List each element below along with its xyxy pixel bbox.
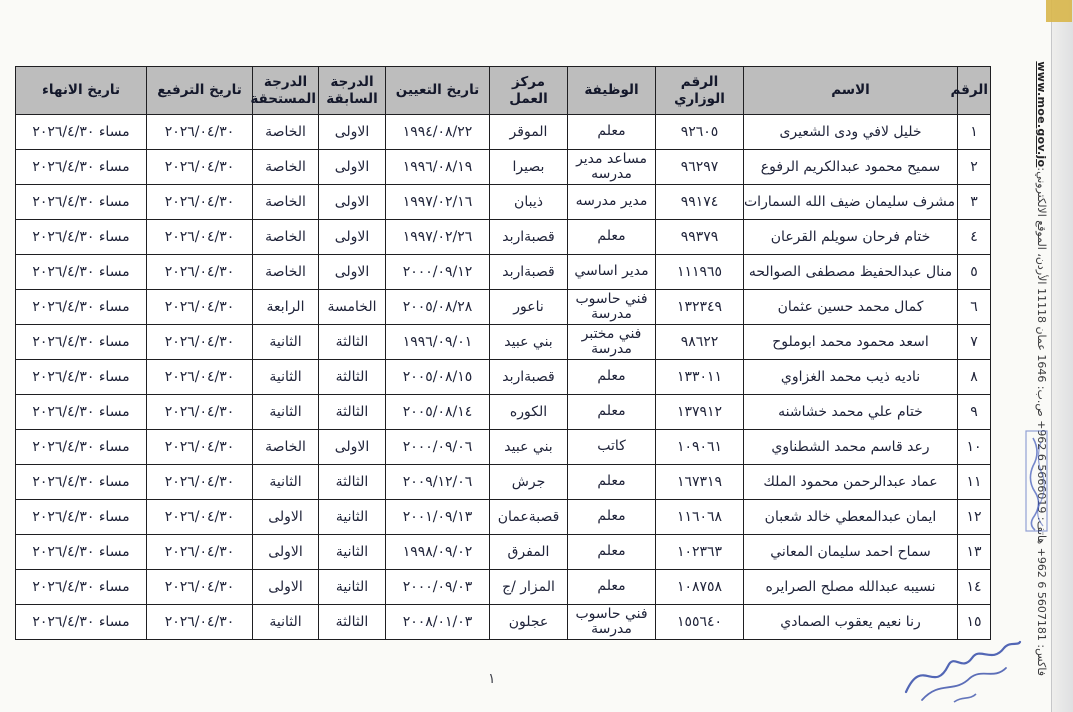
- cell-ministry-number: ١٣٢٣٤٩: [656, 290, 744, 325]
- cell-hire-date: ٢٠٠٥/٠٨/١٤: [386, 395, 490, 430]
- signature-scribble: [896, 636, 1026, 710]
- cell-end-date: مساء ٢٠٢٦/٤/٣٠: [16, 465, 147, 500]
- cell-promotion-date: ٢٠٢٦/٠٤/٣٠: [147, 290, 253, 325]
- cell-hire-date: ١٩٩٦/٠٩/٠١: [386, 325, 490, 360]
- cell-end-date: مساء ٢٠٢٦/٤/٣٠: [16, 395, 147, 430]
- table-row: ١٢ ايمان عبدالمعطي خالد شعبان ١١٦٠٦٨ معل…: [16, 500, 991, 535]
- cell-job: معلم: [568, 360, 656, 395]
- cell-job: مدير اساسي: [568, 255, 656, 290]
- column-header-work-center: مركز العمل: [490, 67, 568, 115]
- cell-promotion-date: ٢٠٢٦/٠٤/٣٠: [147, 465, 253, 500]
- cell-work-center: الكوره: [490, 395, 568, 430]
- cell-hire-date: ١٩٩٧/٠٢/١٦: [386, 185, 490, 220]
- cell-promotion-date: ٢٠٢٦/٠٤/٣٠: [147, 570, 253, 605]
- table-row: ١١ عماد عبدالرحمن محمود الملك ١٦٧٣١٩ معل…: [16, 465, 991, 500]
- cell-ministry-number: ١٠٨٧٥٨: [656, 570, 744, 605]
- table-row: ١٣ سماح احمد سليمان المعاني ١٠٢٣٦٣ معلم …: [16, 535, 991, 570]
- cell-work-center: المفرق: [490, 535, 568, 570]
- cell-promotion-date: ٢٠٢٦/٠٤/٣٠: [147, 150, 253, 185]
- cell-end-date: مساء ٢٠٢٦/٤/٣٠: [16, 150, 147, 185]
- cell-number: ١١: [958, 465, 991, 500]
- cell-number: ٨: [958, 360, 991, 395]
- column-header-previous-grade: الدرجة السابقة: [319, 67, 386, 115]
- cell-hire-date: ٢٠٠٠/٠٩/١٢: [386, 255, 490, 290]
- cell-hire-date: ١٩٩٤/٠٨/٢٢: [386, 115, 490, 150]
- header-row: الرقم الاسم الرقم الوزاري الوظيفة مركز ا…: [16, 67, 991, 115]
- cell-ministry-number: ١٠٩٠٦١: [656, 430, 744, 465]
- website-url: www.moe.gov.jo: [1035, 61, 1048, 167]
- table-row: ١٤ نسيبه عبدالله مصلح الصرايره ١٠٨٧٥٨ مع…: [16, 570, 991, 605]
- cell-work-center: قصبةعمان: [490, 500, 568, 535]
- cell-due-grade: الخاصة: [253, 255, 319, 290]
- cell-ministry-number: ٩٩٣٧٩: [656, 220, 744, 255]
- cell-job: فني حاسوب مدرسة: [568, 290, 656, 325]
- cell-work-center: ناعور: [490, 290, 568, 325]
- cell-promotion-date: ٢٠٢٦/٠٤/٣٠: [147, 325, 253, 360]
- cell-due-grade: الخاصة: [253, 220, 319, 255]
- cell-previous-grade: الاولى: [319, 150, 386, 185]
- cell-end-date: مساء ٢٠٢٦/٤/٣٠: [16, 115, 147, 150]
- letterhead-contact: فاكس: ‎+962 6 5607181‎ هاتف: ‎+962 6 566…: [1034, 90, 1049, 676]
- cell-promotion-date: ٢٠٢٦/٠٤/٣٠: [147, 395, 253, 430]
- cell-name: سماح احمد سليمان المعاني: [744, 535, 958, 570]
- cell-job: مدير مدرسه: [568, 185, 656, 220]
- table-row: ٢ سميح محمود عبدالكريم الرفوع ٩٦٢٩٧ مساع…: [16, 150, 991, 185]
- column-header-end-date: تاريخ الانهاء: [16, 67, 147, 115]
- cell-promotion-date: ٢٠٢٦/٠٤/٣٠: [147, 185, 253, 220]
- cell-number: ١٣: [958, 535, 991, 570]
- column-header-job: الوظيفة: [568, 67, 656, 115]
- corner-mark: [1046, 0, 1072, 22]
- cell-due-grade: الاولى: [253, 570, 319, 605]
- column-header-name: الاسم: [744, 67, 958, 115]
- cell-work-center: عجلون: [490, 605, 568, 640]
- cell-name: كمال محمد حسين عثمان: [744, 290, 958, 325]
- table-body: ١ خليل لافي ودى الشعيرى ٩٢٦٠٥ معلم الموق…: [16, 115, 991, 640]
- cell-name: ختام علي محمد خشاشنه: [744, 395, 958, 430]
- cell-promotion-date: ٢٠٢٦/٠٤/٣٠: [147, 255, 253, 290]
- cell-hire-date: ٢٠٠٩/١٢/٠٦: [386, 465, 490, 500]
- cell-work-center: بني عبيد: [490, 430, 568, 465]
- cell-job: فني مختبر مدرسة: [568, 325, 656, 360]
- cell-end-date: مساء ٢٠٢٦/٤/٣٠: [16, 185, 147, 220]
- cell-ministry-number: ١٣٣٠١١: [656, 360, 744, 395]
- cell-number: ١: [958, 115, 991, 150]
- cell-due-grade: الثانية: [253, 360, 319, 395]
- cell-number: ١٢: [958, 500, 991, 535]
- cell-number: ١٤: [958, 570, 991, 605]
- cell-number: ٢: [958, 150, 991, 185]
- cell-job: معلم: [568, 570, 656, 605]
- cell-hire-date: ٢٠٠٠/٠٩/٠٣: [386, 570, 490, 605]
- cell-promotion-date: ٢٠٢٦/٠٤/٣٠: [147, 430, 253, 465]
- cell-work-center: بني عبيد: [490, 325, 568, 360]
- column-header-promotion-date: تاريخ الترفيع: [147, 67, 253, 115]
- cell-due-grade: الثانية: [253, 325, 319, 360]
- cell-job: فني حاسوب مدرسة: [568, 605, 656, 640]
- cell-previous-grade: الاولى: [319, 115, 386, 150]
- cell-due-grade: الثانية: [253, 465, 319, 500]
- cell-due-grade: الرابعة: [253, 290, 319, 325]
- cell-work-center: الموقر: [490, 115, 568, 150]
- page-number: ١: [488, 671, 496, 687]
- cell-name: ناديه ذيب محمد الغزاوي: [744, 360, 958, 395]
- cell-name: سميح محمود عبدالكريم الرفوع: [744, 150, 958, 185]
- cell-ministry-number: ١١٦٠٦٨: [656, 500, 744, 535]
- cell-ministry-number: ٩٦٢٩٧: [656, 150, 744, 185]
- cell-previous-grade: الثانية: [319, 570, 386, 605]
- cell-end-date: مساء ٢٠٢٦/٤/٣٠: [16, 360, 147, 395]
- cell-job: معلم: [568, 465, 656, 500]
- cell-due-grade: الثانية: [253, 605, 319, 640]
- cell-end-date: مساء ٢٠٢٦/٤/٣٠: [16, 255, 147, 290]
- cell-due-grade: الخاصة: [253, 150, 319, 185]
- cell-ministry-number: ١٥٥٦٤٠: [656, 605, 744, 640]
- table-row: ٦ كمال محمد حسين عثمان ١٣٢٣٤٩ فني حاسوب …: [16, 290, 991, 325]
- cell-end-date: مساء ٢٠٢٦/٤/٣٠: [16, 325, 147, 360]
- cell-end-date: مساء ٢٠٢٦/٤/٣٠: [16, 500, 147, 535]
- cell-due-grade: الخاصة: [253, 430, 319, 465]
- cell-previous-grade: الاولى: [319, 255, 386, 290]
- cell-number: ٩: [958, 395, 991, 430]
- table-row: ٧ اسعد محمود محمد ابوملوح ٩٨٦٢٢ فني مختب…: [16, 325, 991, 360]
- cell-previous-grade: الثانية: [319, 500, 386, 535]
- cell-promotion-date: ٢٠٢٦/٠٤/٣٠: [147, 500, 253, 535]
- cell-previous-grade: الاولى: [319, 430, 386, 465]
- table-row: ٨ ناديه ذيب محمد الغزاوي ١٣٣٠١١ معلم قصب…: [16, 360, 991, 395]
- cell-end-date: مساء ٢٠٢٦/٤/٣٠: [16, 605, 147, 640]
- table-row: ٣ مشرف سليمان ضيف الله السمارات ٩٩١٧٤ مد…: [16, 185, 991, 220]
- cell-hire-date: ٢٠٠١/٠٩/١٣: [386, 500, 490, 535]
- cell-name: عماد عبدالرحمن محمود الملك: [744, 465, 958, 500]
- cell-job: كاتب: [568, 430, 656, 465]
- cell-previous-grade: الثالثة: [319, 395, 386, 430]
- table-row: ٥ منال عبدالحفيظ مصطفى الصوالحه ١١١٩٦٥ م…: [16, 255, 991, 290]
- cell-number: ٤: [958, 220, 991, 255]
- cell-ministry-number: ١٣٧٩١٢: [656, 395, 744, 430]
- column-header-hire-date: تاريخ التعيين: [386, 67, 490, 115]
- cell-work-center: بصيرا: [490, 150, 568, 185]
- cell-job: معلم: [568, 220, 656, 255]
- cell-job: معلم: [568, 500, 656, 535]
- cell-promotion-date: ٢٠٢٦/٠٤/٣٠: [147, 115, 253, 150]
- cell-name: ختام فرحان سويلم القرعان: [744, 220, 958, 255]
- cell-end-date: مساء ٢٠٢٦/٤/٣٠: [16, 220, 147, 255]
- table-row: ٩ ختام علي محمد خشاشنه ١٣٧٩١٢ معلم الكور…: [16, 395, 991, 430]
- cell-hire-date: ٢٠٠٥/٠٨/٢٨: [386, 290, 490, 325]
- cell-hire-date: ١٩٩٦/٠٨/١٩: [386, 150, 490, 185]
- cell-job: معلم: [568, 115, 656, 150]
- contact-text: فاكس: ‎+962 6 5607181‎ هاتف: ‎+962 6 566…: [1035, 167, 1048, 676]
- cell-hire-date: ٢٠٠٥/٠٨/١٥: [386, 360, 490, 395]
- cell-name: رعد قاسم محمد الشطناوي: [744, 430, 958, 465]
- cell-job: معلم: [568, 535, 656, 570]
- cell-hire-date: ١٩٩٧/٠٢/٢٦: [386, 220, 490, 255]
- cell-work-center: قصبةاربد: [490, 255, 568, 290]
- cell-due-grade: الاولى: [253, 535, 319, 570]
- cell-work-center: جرش: [490, 465, 568, 500]
- cell-previous-grade: الاولى: [319, 220, 386, 255]
- cell-previous-grade: الثالثة: [319, 360, 386, 395]
- cell-due-grade: الخاصة: [253, 115, 319, 150]
- column-header-due-grade: الدرجة المستحقة: [253, 67, 319, 115]
- cell-work-center: المزار /ج: [490, 570, 568, 605]
- cell-number: ١٥: [958, 605, 991, 640]
- cell-due-grade: الثانية: [253, 395, 319, 430]
- cell-previous-grade: الثالثة: [319, 465, 386, 500]
- cell-due-grade: الخاصة: [253, 185, 319, 220]
- cell-work-center: ذيبان: [490, 185, 568, 220]
- cell-promotion-date: ٢٠٢٦/٠٤/٣٠: [147, 220, 253, 255]
- blue-stamp: [1019, 426, 1053, 538]
- cell-ministry-number: ١٦٧٣١٩: [656, 465, 744, 500]
- promotions-table: الرقم الاسم الرقم الوزاري الوظيفة مركز ا…: [15, 66, 991, 640]
- scan-edge-strip: [1051, 0, 1073, 712]
- cell-promotion-date: ٢٠٢٦/٠٤/٣٠: [147, 605, 253, 640]
- cell-end-date: مساء ٢٠٢٦/٤/٣٠: [16, 570, 147, 605]
- cell-previous-grade: الاولى: [319, 185, 386, 220]
- cell-number: ٣: [958, 185, 991, 220]
- cell-previous-grade: الثالثة: [319, 325, 386, 360]
- cell-ministry-number: ٩٨٦٢٢: [656, 325, 744, 360]
- cell-ministry-number: ١١١٩٦٥: [656, 255, 744, 290]
- column-header-number: الرقم: [958, 67, 991, 115]
- cell-number: ٦: [958, 290, 991, 325]
- table-row: ٤ ختام فرحان سويلم القرعان ٩٩٣٧٩ معلم قص…: [16, 220, 991, 255]
- cell-name: منال عبدالحفيظ مصطفى الصوالحه: [744, 255, 958, 290]
- cell-hire-date: ٢٠٠٨/٠١/٠٣: [386, 605, 490, 640]
- cell-end-date: مساء ٢٠٢٦/٤/٣٠: [16, 535, 147, 570]
- cell-promotion-date: ٢٠٢٦/٠٤/٣٠: [147, 360, 253, 395]
- scanned-page: الرقم الاسم الرقم الوزاري الوظيفة مركز ا…: [0, 0, 1073, 712]
- column-header-ministry-number: الرقم الوزاري: [656, 67, 744, 115]
- cell-ministry-number: ٩٢٦٠٥: [656, 115, 744, 150]
- cell-due-grade: الاولى: [253, 500, 319, 535]
- cell-hire-date: ١٩٩٨/٠٩/٠٢: [386, 535, 490, 570]
- cell-job: مساعد مدير مدرسه: [568, 150, 656, 185]
- table-row: ١ خليل لافي ودى الشعيرى ٩٢٦٠٥ معلم الموق…: [16, 115, 991, 150]
- cell-end-date: مساء ٢٠٢٦/٤/٣٠: [16, 430, 147, 465]
- cell-number: ١٠: [958, 430, 991, 465]
- cell-name: اسعد محمود محمد ابوملوح: [744, 325, 958, 360]
- cell-ministry-number: ١٠٢٣٦٣: [656, 535, 744, 570]
- cell-name: نسيبه عبدالله مصلح الصرايره: [744, 570, 958, 605]
- cell-name: مشرف سليمان ضيف الله السمارات: [744, 185, 958, 220]
- cell-ministry-number: ٩٩١٧٤: [656, 185, 744, 220]
- cell-end-date: مساء ٢٠٢٦/٤/٣٠: [16, 290, 147, 325]
- cell-previous-grade: الثالثة: [319, 605, 386, 640]
- cell-number: ٧: [958, 325, 991, 360]
- cell-work-center: قصبةاربد: [490, 360, 568, 395]
- table-row: ١٠ رعد قاسم محمد الشطناوي ١٠٩٠٦١ كاتب بن…: [16, 430, 991, 465]
- cell-name: ايمان عبدالمعطي خالد شعبان: [744, 500, 958, 535]
- table-row: ١٥ رنا نعيم يعقوب الصمادي ١٥٥٦٤٠ فني حاس…: [16, 605, 991, 640]
- cell-hire-date: ٢٠٠٠/٠٩/٠٦: [386, 430, 490, 465]
- cell-name: خليل لافي ودى الشعيرى: [744, 115, 958, 150]
- cell-number: ٥: [958, 255, 991, 290]
- cell-work-center: قصبةاربد: [490, 220, 568, 255]
- cell-name: رنا نعيم يعقوب الصمادي: [744, 605, 958, 640]
- cell-previous-grade: الخامسة: [319, 290, 386, 325]
- cell-job: معلم: [568, 395, 656, 430]
- cell-promotion-date: ٢٠٢٦/٠٤/٣٠: [147, 535, 253, 570]
- cell-previous-grade: الثانية: [319, 535, 386, 570]
